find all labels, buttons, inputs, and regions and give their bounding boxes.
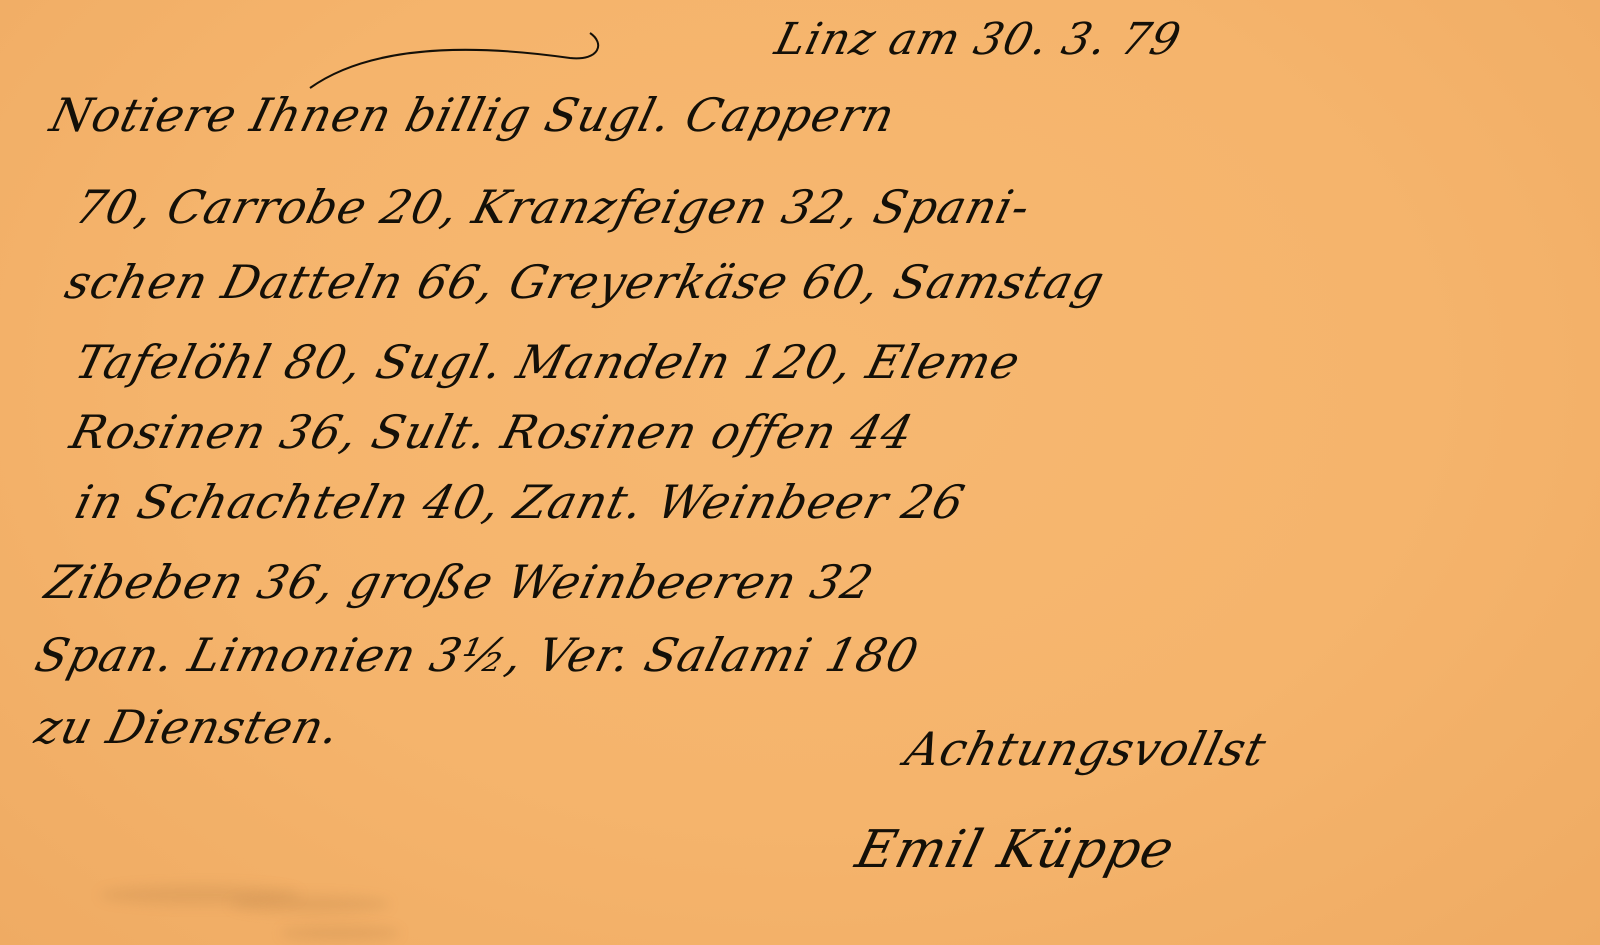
body-line-4: Tafelöhl 80, Sugl. Mandeln 120, Eleme	[70, 335, 1026, 389]
body-line-6: in Schachteln 40, Zant. Weinbeer 26	[70, 475, 970, 529]
signature: Emil Küppe	[850, 820, 1181, 880]
closing: Achtungsvollst	[900, 722, 1272, 776]
place-date: Linz am 30. 3. 79	[770, 14, 1186, 65]
body-line-2: 70, Carrobe 20, Kranzfeigen 32, Spani-	[70, 180, 1036, 234]
body-line-3: schen Datteln 66, Greyerkäse 60, Samstag	[60, 255, 1110, 309]
stain	[280, 925, 400, 941]
body-line-9: zu Diensten.	[30, 700, 346, 754]
body-line-5: Rosinen 36, Sult. Rosinen offen 44	[65, 405, 919, 459]
body-line-7: Zibeben 36, große Weinbeeren 32	[40, 555, 879, 609]
body-line-8: Span. Limonien 3½, Ver. Salami 180	[30, 628, 924, 682]
postcard: Linz am 30. 3. 79 Notiere Ihnen billig S…	[0, 0, 1600, 945]
stain	[230, 895, 390, 913]
body-line-1: Notiere Ihnen billig Sugl. Cappern	[45, 88, 901, 142]
